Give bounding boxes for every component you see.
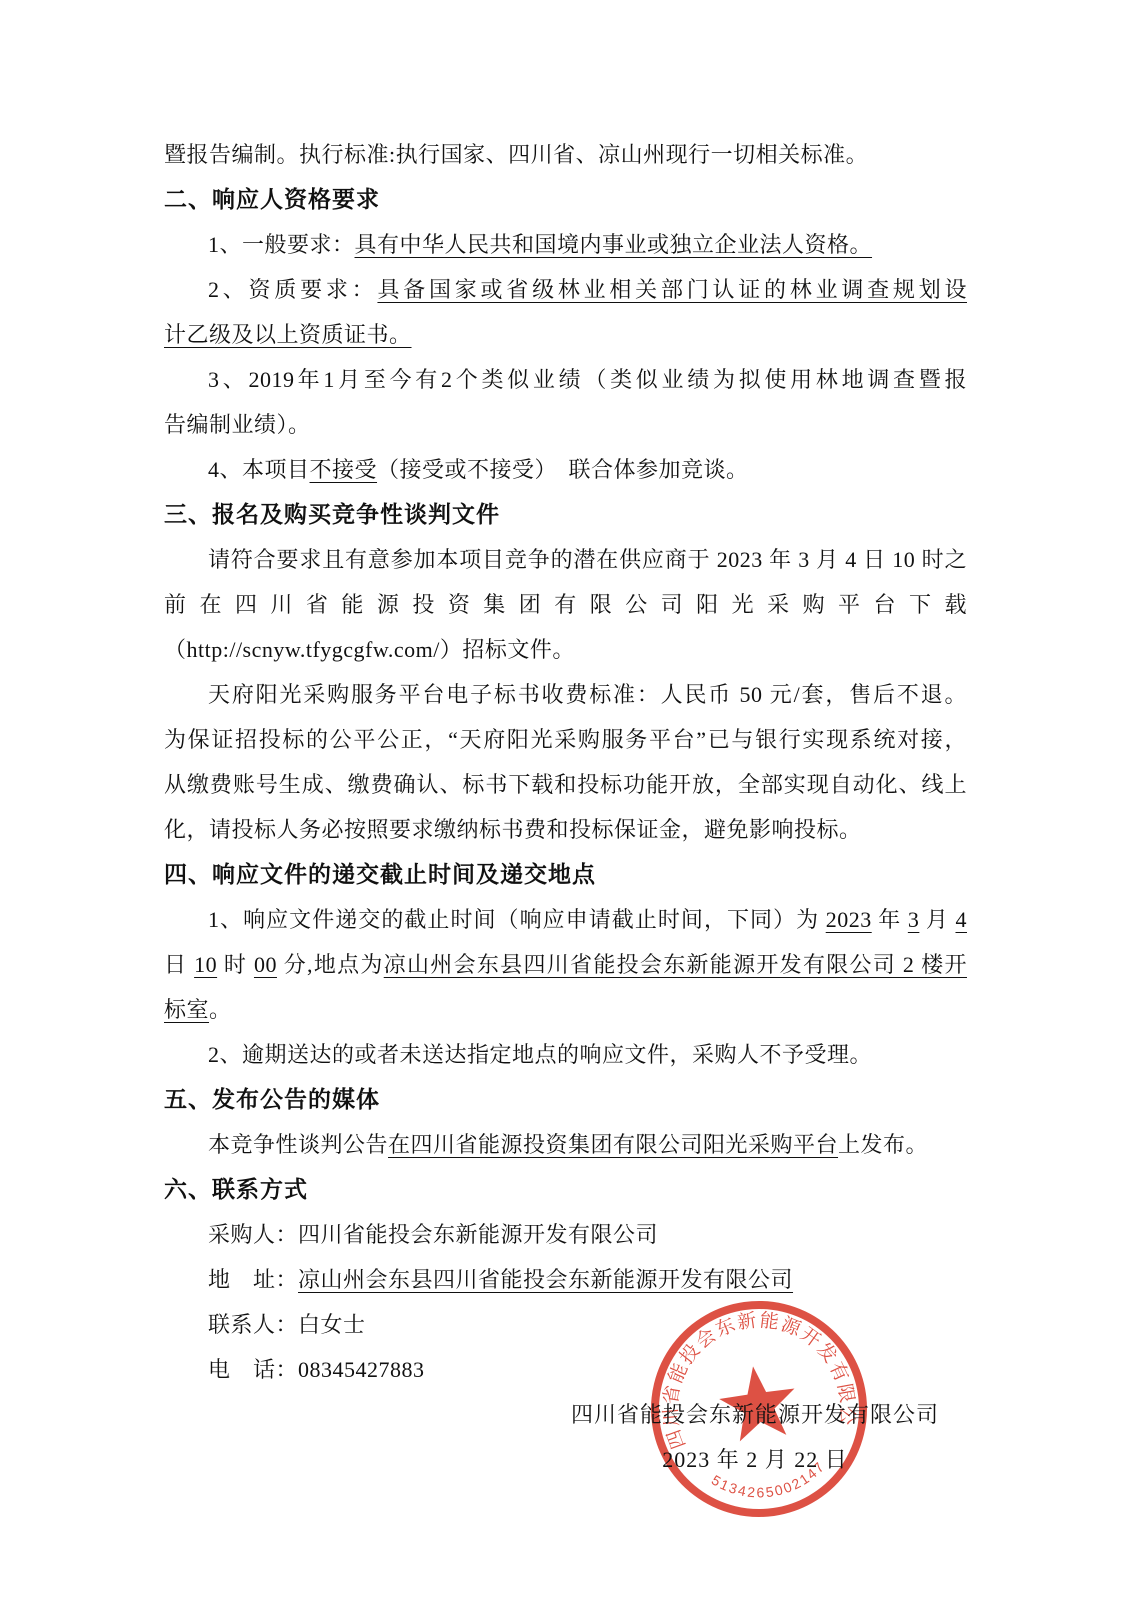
section-heading-2: 二、响应人资格要求 — [164, 177, 967, 222]
para-platform-2: 为保证招投标的公平公正，“天府阳光采购服务平台”已与银行实现系统对接， — [164, 717, 967, 762]
item-deadline-2: 日 10 时 00 分,地点为凉山州会东县四川省能投会东新能源开发有限公司 2 … — [164, 942, 967, 987]
contact-person: 联系人：白女士 — [164, 1302, 967, 1347]
para-platform-3: 从缴费账号生成、缴费确认、标书下载和投标功能开放，全部实现自动化、线上 — [164, 762, 967, 807]
item-deadline-1: 1、响应文件递交的截止时间（响应申请截止时间，下同）为 2023 年 3 月 4 — [164, 897, 967, 942]
para-platform-1: 天府阳光采购服务平台电子标书收费标准：人民币 50 元/套，售后不退。 — [164, 672, 967, 717]
item-general-requirement: 1、一般要求：具有中华人民共和国境内事业或独立企业法人资格。 — [164, 222, 967, 267]
item-overdue: 2、逾期送达的或者未送达指定地点的响应文件，采购人不予受理。 — [164, 1032, 967, 1077]
item-qualification-wrap: 计乙级及以上资质证书。 — [164, 312, 967, 357]
contact-address: 地 址：凉山州会东县四川省能投会东新能源开发有限公司 — [164, 1257, 967, 1302]
signature-block: 四川省能投会东新能源开发有限公司 2023 年 2 月 22 日 — [560, 1392, 950, 1482]
section-heading-6: 六、联系方式 — [164, 1167, 967, 1212]
document-page: 暨报告编制。执行标准:执行国家、四川省、凉山州现行一切相关标准。二、响应人资格要… — [0, 0, 1131, 1600]
signature-company: 四川省能投会东新能源开发有限公司 — [560, 1392, 950, 1437]
item-performance-wrap: 告编制业绩）。 — [164, 402, 967, 447]
item-qualification-requirement: 2、资质要求：具备国家或省级林业相关部门认证的林业调查规划设 — [164, 267, 967, 312]
item-consortium: 4、本项目不接受（接受或不接受） 联合体参加竞谈。 — [164, 447, 967, 492]
para-platform-4: 化，请投标人务必按照要求缴纳标书费和投标保证金，避免影响投标。 — [164, 807, 967, 852]
contact-phone: 电 话：08345427883 — [164, 1347, 967, 1392]
para-registration-3: （http://scnyw.tfygcgfw.com/）招标文件。 — [164, 627, 967, 672]
signature-date: 2023 年 2 月 22 日 — [560, 1437, 950, 1482]
para-registration-1: 请符合要求且有意参加本项目竞争的潜在供应商于 2023 年 3 月 4 日 10… — [164, 537, 967, 582]
section-heading-4: 四、响应文件的递交截止时间及递交地点 — [164, 852, 967, 897]
para-registration-2: 前在四川省能源投资集团有限公司阳光采购平台下载 — [164, 582, 967, 627]
para-standards: 暨报告编制。执行标准:执行国家、四川省、凉山州现行一切相关标准。 — [164, 132, 967, 177]
item-performance: 3、2019年1月至今有2个类似业绩（类似业绩为拟使用林地调查暨报 — [164, 357, 967, 402]
para-media: 本竞争性谈判公告在四川省能源投资集团有限公司阳光采购平台上发布。 — [164, 1122, 967, 1167]
section-heading-5: 五、发布公告的媒体 — [164, 1077, 967, 1122]
document-body: 暨报告编制。执行标准:执行国家、四川省、凉山州现行一切相关标准。二、响应人资格要… — [0, 0, 1131, 1392]
contact-purchaser: 采购人：四川省能投会东新能源开发有限公司 — [164, 1212, 967, 1257]
item-deadline-3: 标室。 — [164, 987, 967, 1032]
section-heading-3: 三、报名及购买竞争性谈判文件 — [164, 492, 967, 537]
